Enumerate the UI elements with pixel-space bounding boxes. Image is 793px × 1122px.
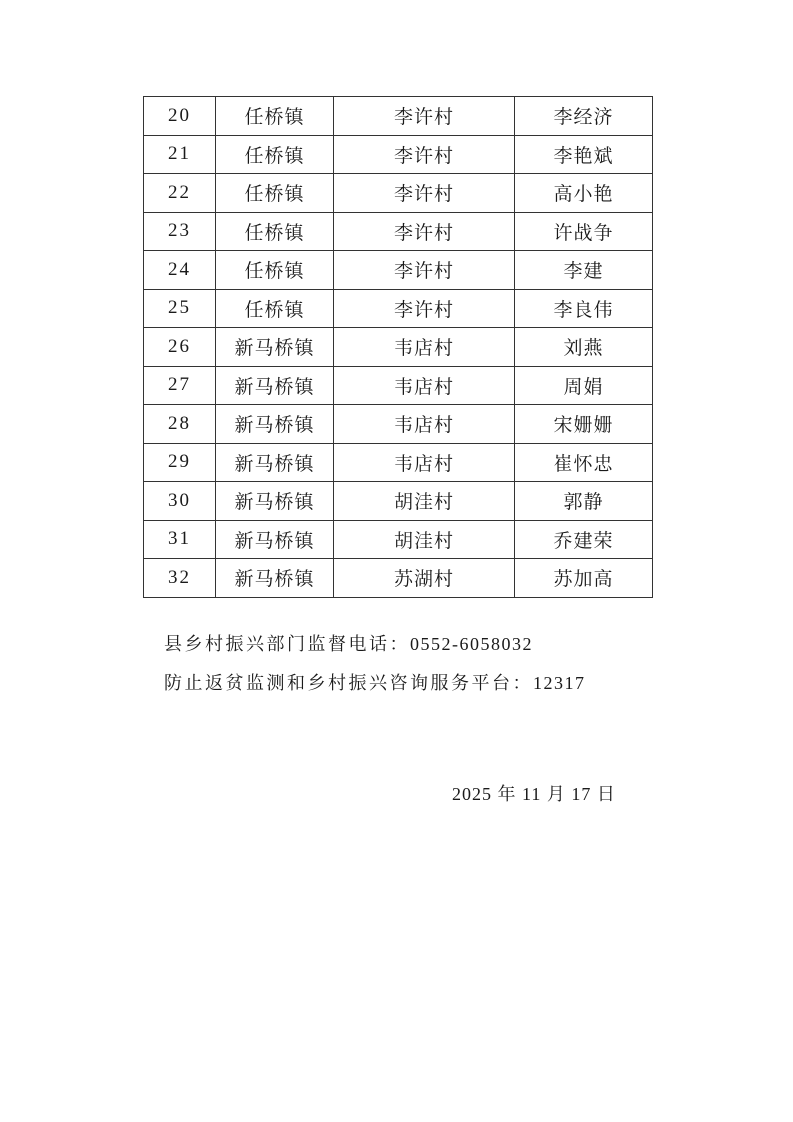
table-row: 32新马桥镇苏湖村苏加高 [144, 559, 653, 598]
town-cell: 新马桥镇 [216, 405, 334, 444]
name-cell: 苏加高 [515, 559, 653, 598]
row-number-cell: 22 [144, 174, 216, 213]
row-number-cell: 29 [144, 443, 216, 482]
table-row: 23任桥镇李许村许战争 [144, 212, 653, 251]
town-cell: 新马桥镇 [216, 443, 334, 482]
row-number-cell: 32 [144, 559, 216, 598]
town-cell: 新马桥镇 [216, 328, 334, 367]
supervision-phone-line: 县乡村振兴部门监督电话：0552-6058032 [164, 630, 533, 656]
row-number-cell: 28 [144, 405, 216, 444]
name-cell: 崔怀忠 [515, 443, 653, 482]
name-cell: 乔建荣 [515, 520, 653, 559]
village-cell: 李许村 [334, 289, 515, 328]
row-number-cell: 25 [144, 289, 216, 328]
supervision-label: 县乡村振兴部门监督电话： [164, 634, 410, 655]
platform-phone-line: 防止返贫监测和乡村振兴咨询服务平台：12317 [164, 669, 586, 695]
roster-table: 20任桥镇李许村李经济21任桥镇李许村李艳斌22任桥镇李许村高小艳23任桥镇李许… [143, 96, 653, 598]
row-number-cell: 23 [144, 212, 216, 251]
row-number-cell: 21 [144, 135, 216, 174]
village-cell: 韦店村 [334, 328, 515, 367]
table-row: 25任桥镇李许村李良伟 [144, 289, 653, 328]
table-row: 24任桥镇李许村李建 [144, 251, 653, 290]
name-cell: 刘燕 [515, 328, 653, 367]
village-cell: 李许村 [334, 212, 515, 251]
row-number-cell: 27 [144, 366, 216, 405]
town-cell: 任桥镇 [216, 251, 334, 290]
row-number-cell: 26 [144, 328, 216, 367]
name-cell: 宋姗姗 [515, 405, 653, 444]
village-cell: 胡洼村 [334, 520, 515, 559]
table-row: 29新马桥镇韦店村崔怀忠 [144, 443, 653, 482]
roster-table-body: 20任桥镇李许村李经济21任桥镇李许村李艳斌22任桥镇李许村高小艳23任桥镇李许… [144, 97, 653, 598]
name-cell: 李建 [515, 251, 653, 290]
table-row: 30新马桥镇胡洼村郭静 [144, 482, 653, 521]
table-row: 21任桥镇李许村李艳斌 [144, 135, 653, 174]
town-cell: 新马桥镇 [216, 482, 334, 521]
table-row: 26新马桥镇韦店村刘燕 [144, 328, 653, 367]
row-number-cell: 24 [144, 251, 216, 290]
name-cell: 郭静 [515, 482, 653, 521]
table-row: 27新马桥镇韦店村周娟 [144, 366, 653, 405]
village-cell: 韦店村 [334, 443, 515, 482]
town-cell: 任桥镇 [216, 289, 334, 328]
town-cell: 新马桥镇 [216, 366, 334, 405]
row-number-cell: 31 [144, 520, 216, 559]
village-cell: 李许村 [334, 251, 515, 290]
town-cell: 任桥镇 [216, 212, 334, 251]
table-row: 28新马桥镇韦店村宋姗姗 [144, 405, 653, 444]
village-cell: 胡洼村 [334, 482, 515, 521]
village-cell: 韦店村 [334, 366, 515, 405]
name-cell: 许战争 [515, 212, 653, 251]
name-cell: 李良伟 [515, 289, 653, 328]
row-number-cell: 30 [144, 482, 216, 521]
platform-phone: 12317 [533, 673, 586, 693]
name-cell: 周娟 [515, 366, 653, 405]
town-cell: 任桥镇 [216, 174, 334, 213]
supervision-phone: 0552-6058032 [410, 634, 533, 654]
name-cell: 高小艳 [515, 174, 653, 213]
table-row: 20任桥镇李许村李经济 [144, 97, 653, 136]
village-cell: 韦店村 [334, 405, 515, 444]
town-cell: 任桥镇 [216, 135, 334, 174]
name-cell: 李艳斌 [515, 135, 653, 174]
name-cell: 李经济 [515, 97, 653, 136]
village-cell: 李许村 [334, 97, 515, 136]
town-cell: 新马桥镇 [216, 520, 334, 559]
document-page: 20任桥镇李许村李经济21任桥镇李许村李艳斌22任桥镇李许村高小艳23任桥镇李许… [0, 0, 793, 1122]
table-row: 22任桥镇李许村高小艳 [144, 174, 653, 213]
town-cell: 新马桥镇 [216, 559, 334, 598]
village-cell: 李许村 [334, 135, 515, 174]
village-cell: 苏湖村 [334, 559, 515, 598]
village-cell: 李许村 [334, 174, 515, 213]
table-row: 31新马桥镇胡洼村乔建荣 [144, 520, 653, 559]
row-number-cell: 20 [144, 97, 216, 136]
town-cell: 任桥镇 [216, 97, 334, 136]
platform-label: 防止返贫监测和乡村振兴咨询服务平台： [164, 673, 533, 694]
document-date: 2025 年 11 月 17 日 [452, 780, 616, 806]
